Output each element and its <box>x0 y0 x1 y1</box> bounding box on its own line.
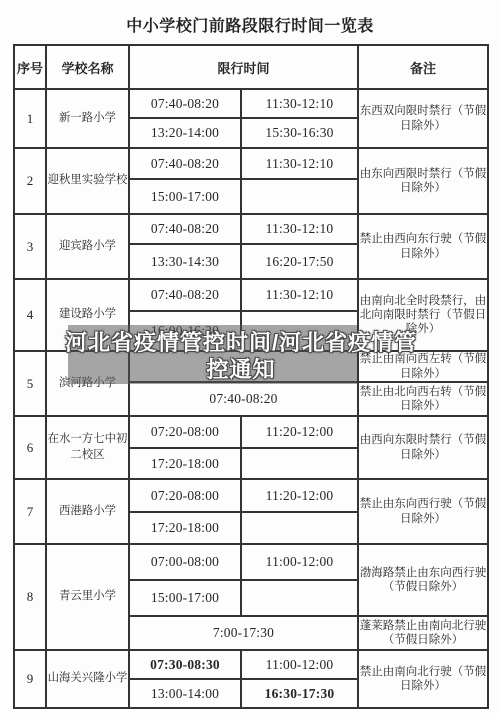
row-number: 8 <box>14 544 46 650</box>
time-cell: 16:00-16:30 <box>129 311 241 351</box>
col-header-remark: 备注 <box>358 45 488 89</box>
row-number: 7 <box>14 479 46 544</box>
page-title: 中小学校门前路段限行时间一览表 <box>0 13 500 36</box>
time-cell: 11:30-12:10 <box>241 148 358 179</box>
table-row: 2 迎秋里实验学校 07:40-08:20 11:30-12:10 由东向西限时… <box>14 148 488 179</box>
time-cell: 17:20-18:00 <box>129 448 241 479</box>
remark-cell: 禁止由南向北行驶（节假日除外） <box>358 650 488 708</box>
row-number: 9 <box>14 650 46 708</box>
time-cell: 17:20-18:00 <box>129 512 241 544</box>
school-name: 山海关兴隆小学 <box>46 650 129 708</box>
time-cell: 11:00-12:00 <box>241 650 358 679</box>
remark-cell: 东西双向限时禁行（节假日除外） <box>358 89 488 148</box>
school-name: 西港路小学 <box>46 479 129 544</box>
remark-cell: 禁止由北向西右转（节假日除外） <box>358 382 488 416</box>
remark-cell: 渤海路禁止由东向西行驶（节假日除外） <box>358 544 488 616</box>
time-cell: 07:00-08:00 <box>129 544 241 580</box>
school-name: 在水一方七中初二校区 <box>46 416 129 479</box>
school-name: 新一路小学 <box>46 89 129 148</box>
time-cell: 11:30-12:10 <box>241 214 358 244</box>
time-cell <box>129 351 358 382</box>
time-cell: 15:30-16:30 <box>241 118 358 148</box>
col-header-no: 序号 <box>14 45 46 89</box>
time-cell: 15:00-17:00 <box>129 179 241 214</box>
school-name: 滨河路小学 <box>46 351 129 416</box>
time-cell <box>241 580 358 616</box>
row-number: 3 <box>14 214 46 279</box>
remark-cell: 由西向东限时禁行（节假日除外） <box>358 416 488 479</box>
table-row: 3 迎宾路小学 07:40-08:20 11:30-12:10 禁止由西向东行驶… <box>14 214 488 244</box>
time-cell: 7:00-17:30 <box>129 616 358 650</box>
time-cell: 11:20-12:00 <box>241 416 358 448</box>
school-name: 迎秋里实验学校 <box>46 148 129 214</box>
remark-cell: 由东向西限时禁行（节假日除外） <box>358 148 488 214</box>
row-number: 6 <box>14 416 46 479</box>
table-row: 4 建设路小学 07:40-08:20 11:30-12:10 由南向北全时段禁… <box>14 279 488 311</box>
table-row: 5 滨河路小学 禁止由南向西左转（节假日除外） <box>14 351 488 382</box>
remark-cell: 禁止由东向西行驶（节假日除外） <box>358 479 488 544</box>
table-row: 9 山海关兴隆小学 07:30-08:30 11:00-12:00 禁止由南向北… <box>14 650 488 679</box>
time-cell <box>241 311 358 351</box>
time-cell: 11:20-12:00 <box>241 479 358 512</box>
row-number: 5 <box>14 351 46 416</box>
table-row: 8 青云里小学 07:00-08:00 11:00-12:00 渤海路禁止由东向… <box>14 544 488 580</box>
school-name: 迎宾路小学 <box>46 214 129 279</box>
time-cell: 16:20-17:50 <box>241 244 358 279</box>
col-header-school: 学校名称 <box>46 45 129 89</box>
time-cell: 11:00-12:00 <box>241 544 358 580</box>
time-cell: 11:30-12:10 <box>241 89 358 118</box>
time-cell: 07:30-08:30 <box>129 650 241 679</box>
time-cell: 07:20-08:00 <box>129 479 241 512</box>
remark-cell: 由南向北全时段禁行，由北向南限时禁行（节假日除外） <box>358 279 488 351</box>
school-name: 青云里小学 <box>46 544 129 650</box>
row-number: 1 <box>14 89 46 148</box>
table-row: 1 新一路小学 07:40-08:20 11:30-12:10 东西双向限时禁行… <box>14 89 488 118</box>
time-cell: 16:30-17:30 <box>241 679 358 708</box>
time-cell: 15:00-17:00 <box>129 580 241 616</box>
row-number: 4 <box>14 279 46 351</box>
time-cell: 13:30-14:30 <box>129 244 241 279</box>
table-header-row: 序号 学校名称 限行时间 备注 <box>14 45 488 89</box>
time-cell: 07:40-08:20 <box>129 382 358 416</box>
remark-cell: 蓬莱路禁止由南向北行驶（节假日除外） <box>358 616 488 650</box>
time-cell <box>241 179 358 214</box>
time-cell <box>241 448 358 479</box>
table-row: 6 在水一方七中初二校区 07:20-08:00 11:20-12:00 由西向… <box>14 416 488 448</box>
time-cell: 07:40-08:20 <box>129 89 241 118</box>
row-number: 2 <box>14 148 46 214</box>
time-cell: 07:40-08:20 <box>129 279 241 311</box>
table-row: 7 西港路小学 07:20-08:00 11:20-12:00 禁止由东向西行驶… <box>14 479 488 512</box>
col-header-time: 限行时间 <box>129 45 358 89</box>
time-cell <box>241 512 358 544</box>
time-cell: 07:40-08:20 <box>129 214 241 244</box>
traffic-restriction-table: 序号 学校名称 限行时间 备注 1 新一路小学 07:40-08:20 11:3… <box>13 44 489 709</box>
time-cell: 13:00-14:00 <box>129 679 241 708</box>
remark-cell: 禁止由西向东行驶（节假日除外） <box>358 214 488 279</box>
time-cell: 07:20-08:00 <box>129 416 241 448</box>
school-name: 建设路小学 <box>46 279 129 351</box>
time-cell: 07:40-08:20 <box>129 148 241 179</box>
time-cell: 13:20-14:00 <box>129 118 241 148</box>
remark-cell: 禁止由南向西左转（节假日除外） <box>358 351 488 382</box>
time-cell: 11:30-12:10 <box>241 279 358 311</box>
